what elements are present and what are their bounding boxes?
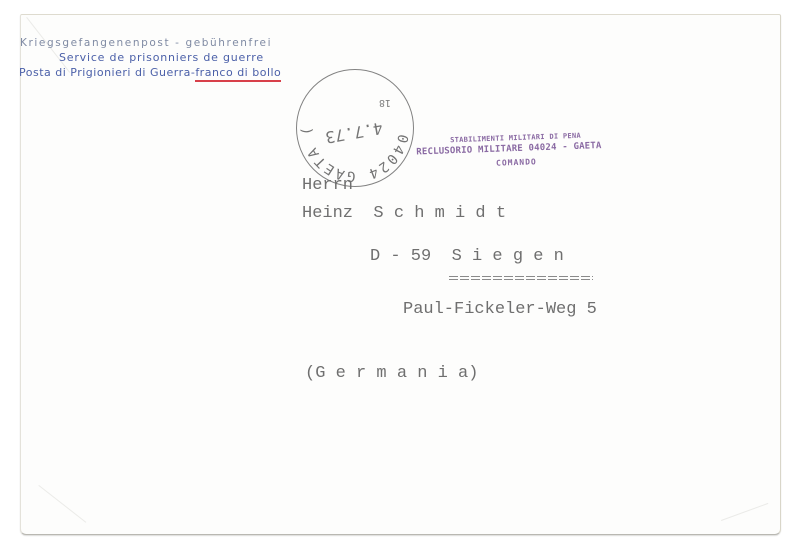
address-country: (G e r m a n i a) <box>305 364 478 383</box>
address-recipient-name: Heinz S c h m i d t <box>302 204 506 223</box>
city-double-underline <box>449 276 593 282</box>
pow-header-italian-prefix: Posta di Prigionieri di Guerra- <box>19 66 195 79</box>
pow-header-french: Service de prisonniers de guerre <box>59 51 264 64</box>
pow-header-german: Kriegsgefangenenpost - gebührenfrei <box>20 37 272 49</box>
military-prison-stamp: STABILIMENTI MILITARI DI PENA RECLUSORIO… <box>425 131 606 170</box>
postmark-hour: 18 <box>379 97 391 108</box>
scanned-page: Kriegsgefangenenpost - gebührenfrei Serv… <box>0 0 800 558</box>
address-street: Paul-Fickeler-Weg 5 <box>403 300 597 319</box>
pow-header-italian: Posta di Prigionieri di Guerra-franco di… <box>19 66 281 79</box>
address-salutation: Herrn <box>302 176 353 195</box>
postmark-cancel: 04024 GAETA (LT) 4.7.73 18 <box>296 69 414 187</box>
crease-mark <box>38 485 86 523</box>
crease-mark <box>721 503 768 521</box>
address-city: D - 59 S i e g e n <box>370 247 564 266</box>
franco-di-bollo-underlined: franco di bollo <box>195 66 281 82</box>
